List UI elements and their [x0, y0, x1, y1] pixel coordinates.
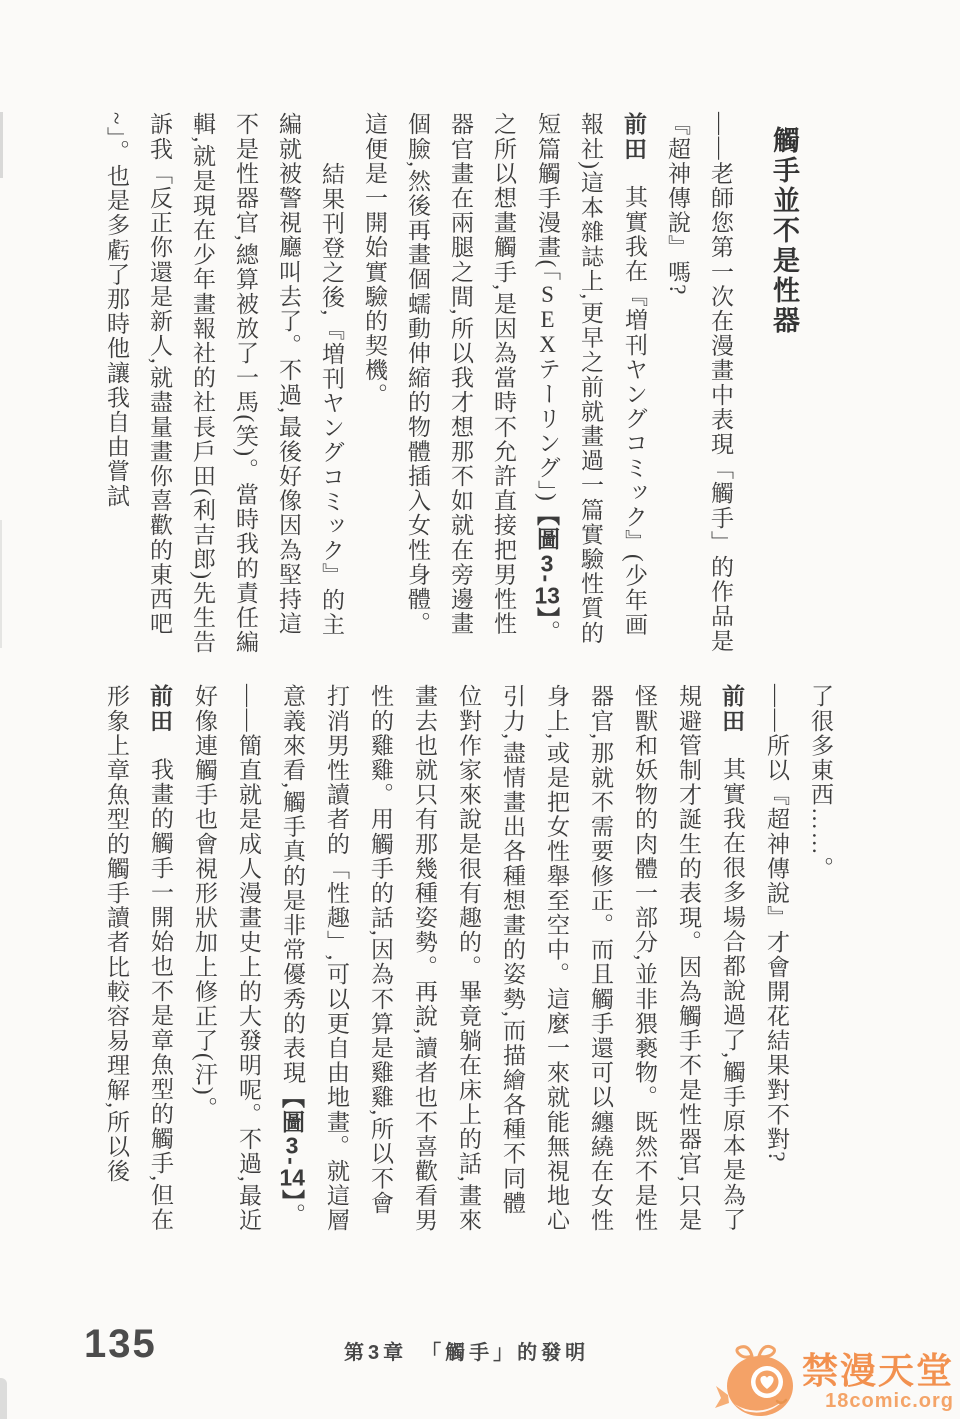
scan-artifact — [0, 112, 3, 178]
watermark-site-name: 禁漫天堂 — [802, 1353, 954, 1389]
speaker-label: 前田 — [147, 684, 173, 733]
paragraph-text: 其實我在『増刊ヤングコミック』(少年画報社)這本雜誌上,更早之前就畫過一篇實驗性… — [362, 112, 647, 645]
maeda-answer-continuation: 了很多東西……。 — [798, 684, 842, 1237]
maeda-answer: 前田我畫的觸手一開始也不是章魚型的觸手,但在形象上章魚型的觸手讀者比較容易理解,… — [94, 684, 182, 1237]
article-block-bottom: 了很多東西……。——所以『超神傳說』才會開花結果對不對?前田其實我在很多場合都說… — [94, 684, 842, 1237]
book-page: 觸手並不是性器——老師您第一次在漫畫中表現「觸手」的作品是『超神傳說』嗎?前田其… — [0, 0, 960, 1419]
paragraph-text: ——簡直就是成人漫畫史上的大發明呢。不過,最近好像連觸手也會視形狀加上修正了(汗… — [192, 684, 261, 1233]
figure-reference: 【圖3-13】 — [534, 502, 560, 620]
figure-reference: 【圖3-14】 — [279, 1085, 305, 1203]
paragraph-text: 觸手並不是性器 — [769, 126, 799, 336]
maeda-answer: 前田其實我在很多場合都說過了,觸手原本是為了規避管制才誕生的表現。因為觸手不是性… — [270, 684, 754, 1237]
paragraph-text: 其實我在很多場合都說過了,觸手原本是為了規避管制才誕生的表現。因為觸手不是性器官… — [280, 684, 745, 1233]
watermark-site-url: 18comic.org — [825, 1391, 954, 1411]
paragraph-text: 我畫的觸手一開始也不是章魚型的觸手,但在形象上章魚型的觸手讀者比較容易理解,所以… — [104, 684, 173, 1232]
article-block-top: 觸手並不是性器——老師您第一次在漫畫中表現「觸手」的作品是『超神傳說』嗎?前田其… — [95, 112, 810, 658]
paragraph-text: 結果刊登之後,『増刊ヤングコミック』的主編就被警視廳叫去了。不過,最後好像因為堅… — [104, 112, 344, 654]
whale-heart-mascot-icon — [712, 1341, 800, 1419]
maeda-answer: 前田其實我在『増刊ヤングコミック』(少年画報社)這本雜誌上,更早之前就畫過一篇實… — [353, 112, 656, 658]
interviewer-question: ——老師您第一次在漫畫中表現「觸手」的作品是『超神傳說』嗎? — [656, 112, 742, 658]
watermark-text: 禁漫天堂 18comic.org — [802, 1353, 954, 1411]
paragraph-text: ——所以『超神傳說』才會開花結果對不對? — [764, 684, 789, 1163]
speaker-label: 前田 — [621, 112, 647, 161]
speaker-label: 前田 — [719, 684, 745, 733]
scan-artifact — [0, 520, 2, 648]
maeda-answer-continued: 結果刊登之後,『増刊ヤングコミック』的主編就被警視廳叫去了。不過,最後好像因為堅… — [95, 112, 353, 658]
paragraph-text: 了很多東西……。 — [808, 684, 833, 881]
interviewer-question: ——簡直就是成人漫畫史上的大發明呢。不過,最近好像連觸手也會視形狀加上修正了(汗… — [182, 684, 270, 1237]
chapter-footer: 第3章 「觸手」的發明 — [344, 1336, 589, 1365]
interviewer-question: ——所以『超神傳說』才會開花結果對不對? — [754, 684, 798, 1237]
watermark-logo: 禁漫天堂 18comic.org — [712, 1341, 954, 1419]
paragraph-text: ——老師您第一次在漫畫中表現「觸手」的作品是『超神傳說』嗎? — [665, 112, 733, 653]
section-title: 觸手並不是性器 — [758, 112, 810, 658]
page-number: 135 — [84, 1322, 157, 1367]
scan-artifact — [0, 1378, 7, 1419]
